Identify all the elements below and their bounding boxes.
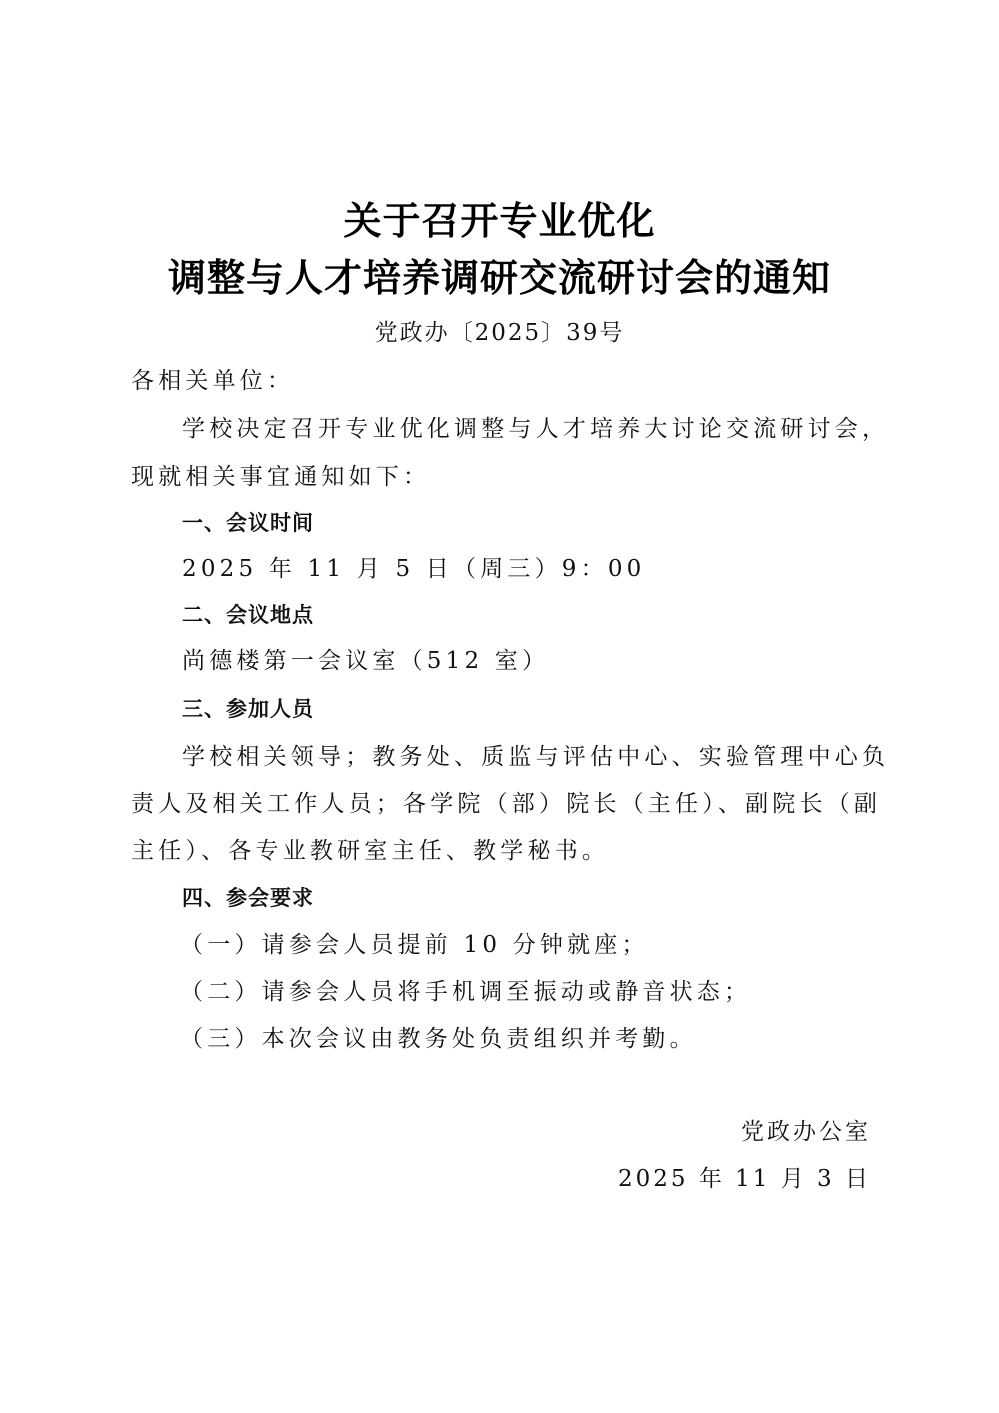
signature-office: 党政办公室 [741,1117,871,1147]
section-heading-meeting-time: 一、会议时间 [182,508,314,538]
section-heading-meeting-location: 二、会议地点 [182,600,314,630]
intro-paragraph-line-1: 学校决定召开专业优化调整与人才培养大讨论交流研讨会， [182,414,889,444]
section-heading-requirements: 四、参会要求 [182,883,314,913]
meeting-location-value: 尚德楼第一会议室（512 室） [182,646,549,676]
document-page: 关于召开专业优化 调整与人才培养调研交流研讨会的通知 党政办〔2025〕39号 … [0,0,999,1413]
document-title-line-2: 调整与人才培养调研交流研讨会的通知 [0,247,999,302]
intro-paragraph-line-2: 现就相关事宜通知如下： [131,462,430,492]
attendees-line-2: 责人及相关工作人员；各学院（部）院长（主任）、副院长（副 [131,789,881,819]
attendees-line-3: 主任）、各专业教研室主任、教学秘书。 [131,836,609,866]
document-title-line-1: 关于召开专业优化 [0,190,999,245]
attendees-line-1: 学校相关领导；教务处、质监与评估中心、实验管理中心负 [182,742,889,772]
meeting-time-value: 2025 年 11 月 5 日（周三）9：00 [182,554,646,584]
section-heading-attendees: 三、参加人员 [182,694,314,724]
signature-date: 2025 年 11 月 3 日 [618,1164,871,1194]
requirement-item-1: （一）请参会人员提前 10 分钟就座； [180,930,649,960]
salutation: 各相关单位： [131,366,294,396]
requirement-item-2: （二）请参会人员将手机调至振动或静音状态； [180,977,751,1007]
requirement-item-3: （三）本次会议由教务处负责组织并考勤。 [180,1024,697,1054]
document-number: 党政办〔2025〕39号 [0,314,999,347]
